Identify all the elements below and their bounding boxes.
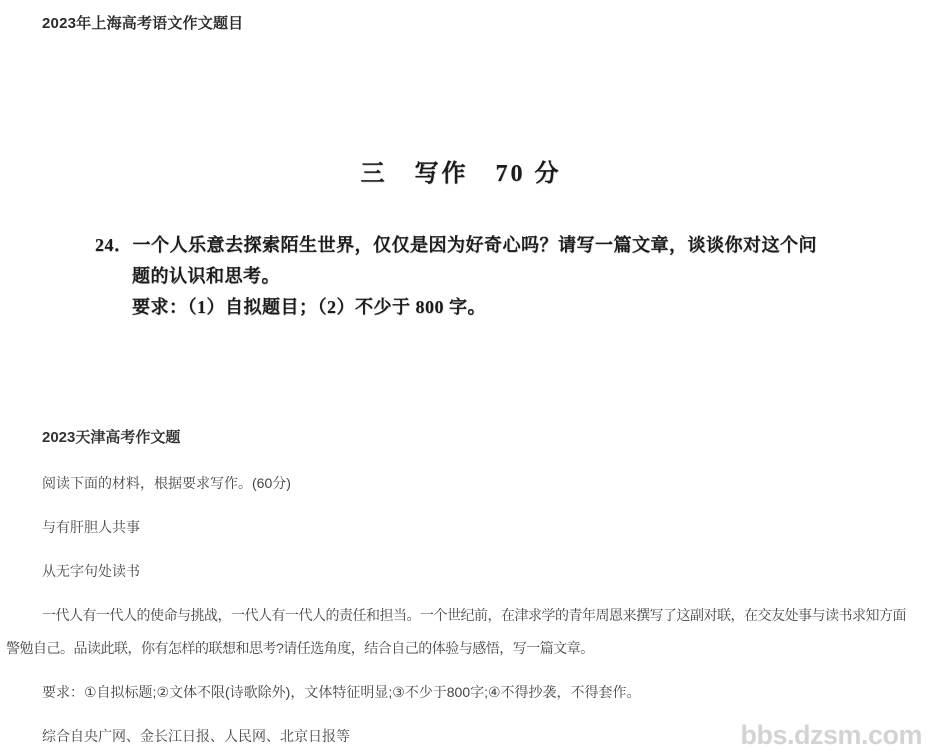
tianjin-intro-paragraph: 阅读下面的材料，根据要求写作。(60分) — [42, 473, 920, 493]
tianjin-couplet-line: 与有肝胆人共事 — [42, 517, 920, 537]
page-title: 2023年上海高考语文作文题目 — [42, 12, 243, 33]
tianjin-heading: 2023天津高考作文题 — [42, 428, 920, 448]
scan-question-row: 24． 一个人乐意去探索陌生世界，仅仅是因为好奇心吗？请写一篇文章，谈谈你对这个… — [95, 230, 827, 261]
scan-question-line: 题的认识和思考。 — [132, 261, 827, 292]
scan-question-line: 一个人乐意去探索陌生世界，仅仅是因为好奇心吗？请写一篇文章，谈谈你对这个问 — [133, 230, 818, 261]
scan-question-number: 24． — [95, 230, 133, 261]
tianjin-couplet-line: 从无字句处读书 — [42, 561, 920, 581]
scanned-exam-image: 三 写作 70 分 24． 一个人乐意去探索陌生世界，仅仅是因为好奇心吗？请写一… — [95, 158, 827, 323]
scan-requirements-line: 要求：（1）自拟题目；（2）不少于 800 字。 — [132, 292, 827, 323]
tianjin-requirements-paragraph: 要求：①自拟标题;②文体不限(诗歌除外)，文体特征明显;③不少于800字;④不得… — [42, 682, 920, 702]
tianjin-material-line: 一代人有一代人的使命与挑战，一代人有一代人的责任和担当。一个世纪前，在津求学的青… — [42, 605, 920, 625]
tianjin-material-line: 警勉自己。品读此联，你有怎样的联想和思考?请任选角度，结合自己的体验与感悟，写一… — [6, 638, 920, 658]
site-watermark: bbs.dzsm.com — [740, 720, 922, 751]
tianjin-section: 2023天津高考作文题 阅读下面的材料，根据要求写作。(60分) 与有肝胆人共事… — [6, 428, 920, 746]
scan-question-block: 24． 一个人乐意去探索陌生世界，仅仅是因为好奇心吗？请写一篇文章，谈谈你对这个… — [95, 230, 827, 323]
scan-section-heading: 三 写作 70 分 — [95, 158, 827, 190]
